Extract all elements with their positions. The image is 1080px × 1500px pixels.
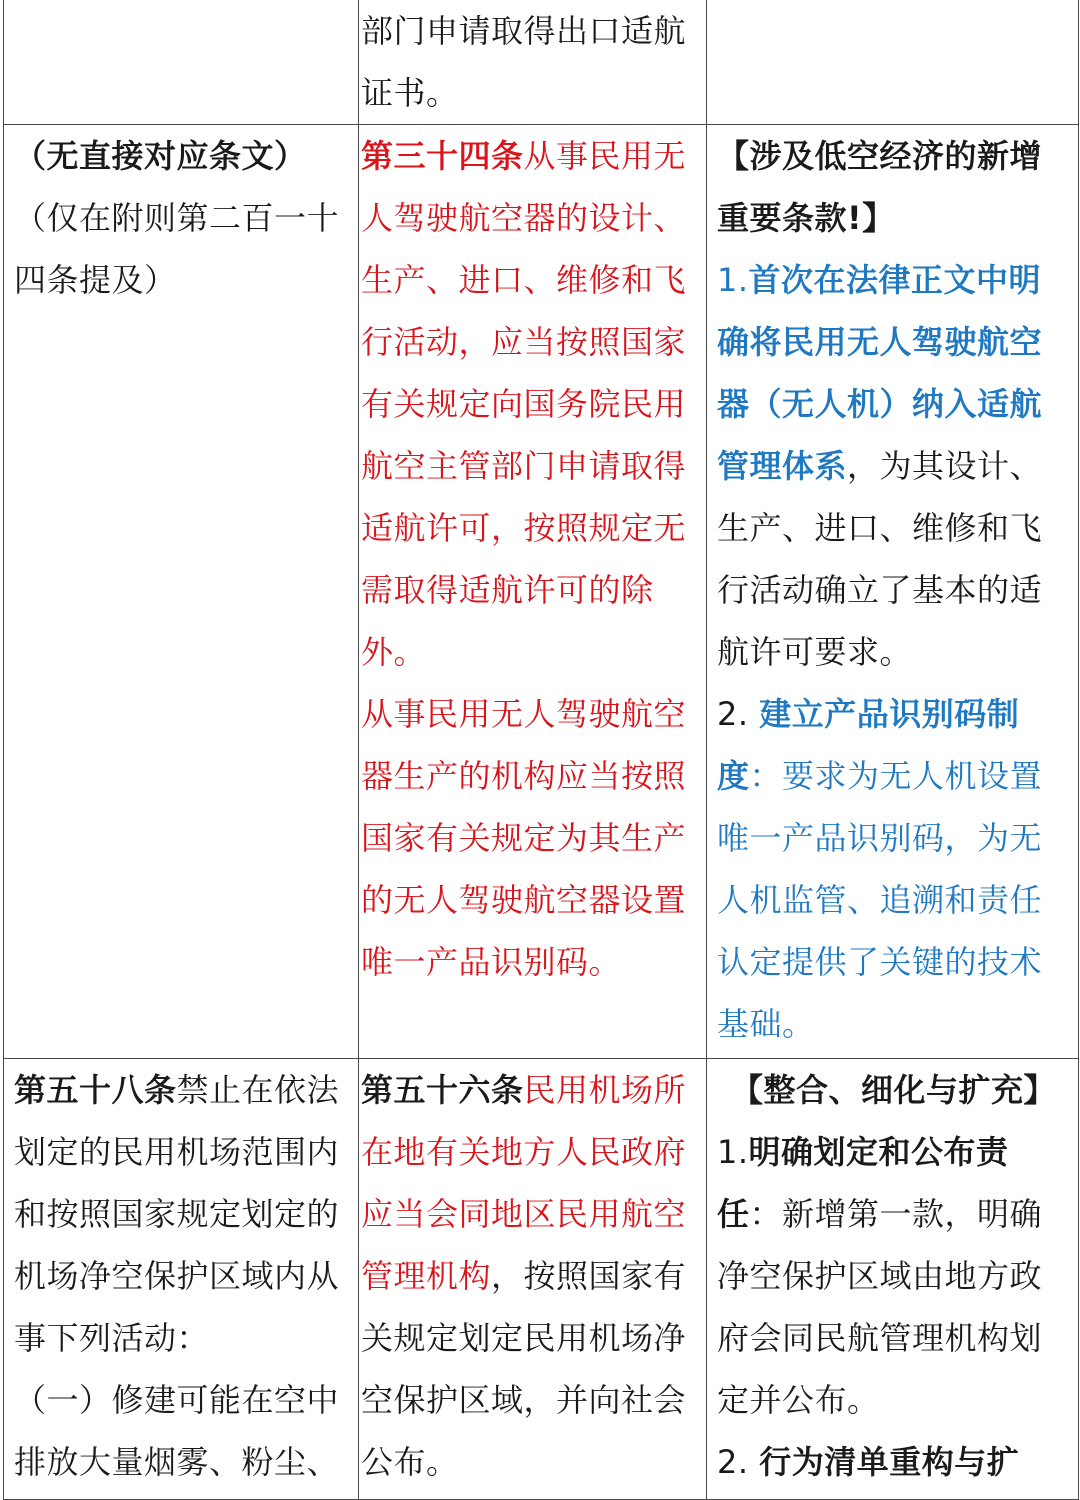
item-number: 1. bbox=[717, 261, 749, 299]
old-law-cell: （无直接对应条文） （仅在附则第二百一十四条提及） bbox=[4, 125, 359, 1059]
analysis-heading: 【整合、细化与扩充】 bbox=[717, 1059, 1070, 1121]
article-number: 第五十六条 bbox=[361, 1071, 524, 1109]
item-text: ：要求为无人机设置唯一产品识别码，为无人机监管、追溯和责任认定提供了关键的技术基… bbox=[717, 757, 1042, 1043]
article-number: 第三十四条 bbox=[361, 137, 524, 175]
new-law-cell: 部门申请取得出口适航证书。 bbox=[359, 0, 707, 125]
article-text: 从事民用无人驾驶航空器的设计、生产、进口、维修和飞行活动，应当按照国家有关规定向… bbox=[361, 137, 686, 671]
analysis-heading: 【涉及低空经济的新增重要条款!】 bbox=[717, 125, 1070, 249]
old-law-cell: 第五十八条禁止在依法划定的民用机场范围内和按照国家规定划定的机场净空保护区域内从… bbox=[4, 1059, 359, 1493]
table-row: 第五十八条禁止在依法划定的民用机场范围内和按照国家规定划定的机场净空保护区域内从… bbox=[4, 1059, 1079, 1493]
item-highlight: 行为清单重构与扩 bbox=[759, 1443, 1019, 1481]
analysis-cell: 【整合、细化与扩充】 1.明确划定和公布责任：新增第一款，明确净空保护区域由地方… bbox=[707, 1059, 1079, 1493]
item-number: 2. bbox=[717, 695, 759, 733]
new-law-cell: 第三十四条从事民用无人驾驶航空器的设计、生产、进口、维修和飞行活动，应当按照国家… bbox=[359, 125, 707, 1059]
new-law-text: 部门申请取得出口适航证书。 bbox=[361, 12, 686, 112]
article-number: 第五十八条 bbox=[14, 1071, 177, 1109]
article-item-1: （一）修建可能在空中排放大量烟雾、粉尘、 bbox=[14, 1369, 348, 1492]
table-row: （无直接对应条文） （仅在附则第二百一十四条提及） 第三十四条从事民用无人驾驶航… bbox=[4, 125, 1079, 1059]
no-corresponding-article-title: （无直接对应条文） bbox=[14, 125, 348, 187]
item-number: 1. bbox=[717, 1133, 749, 1171]
table-row: 部门申请取得出口适航证书。 bbox=[4, 0, 1079, 125]
law-comparison-table: 部门申请取得出口适航证书。 （无直接对应条文） （仅在附则第二百一十四条提及） … bbox=[3, 0, 1079, 1492]
item-text: ：新增第一款，明确净空保护区域由地方政府会同民航管理机构划定并公布。 bbox=[717, 1195, 1042, 1419]
article-text: 禁止在依法划定的民用机场范围内和按照国家规定划定的机场净空保护区域内从事下列活动… bbox=[14, 1071, 339, 1357]
analysis-cell bbox=[707, 0, 1079, 125]
article-paragraph-2: 从事民用无人驾驶航空器生产的机构应当按照国家有关规定为其生产的无人驾驶航空器设置… bbox=[361, 683, 704, 993]
new-law-cell: 第五十六条民用机场所在地有关地方人民政府应当会同地区民用航空管理机构，按照国家有… bbox=[359, 1059, 707, 1493]
analysis-cell: 【涉及低空经济的新增重要条款!】 1.首次在法律正文中明确将民用无人驾驶航空器（… bbox=[707, 125, 1079, 1059]
item-number: 2. bbox=[717, 1443, 759, 1481]
old-law-cell bbox=[4, 0, 359, 125]
no-corresponding-article-note: （仅在附则第二百一十四条提及） bbox=[14, 187, 348, 311]
